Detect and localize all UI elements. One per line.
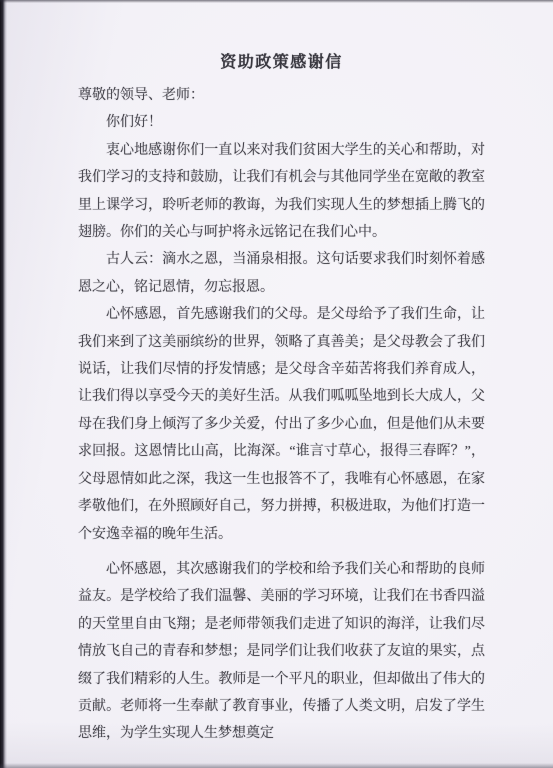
paragraph: 衷心地感谢你们一直以来对我们贫困大学生的关心和帮助，对我们学习的支持和鼓励，让我… <box>78 137 485 247</box>
scan-edge-left <box>0 0 7 768</box>
salutation: 尊敬的领导、老师： <box>78 82 485 109</box>
paragraph: 心怀感恩，首先感谢我们的父母。是父母给予了我们生命，让我们来到了这美丽缤纷的世界… <box>78 301 485 548</box>
page-title: 资助政策感谢信 <box>78 52 485 74</box>
letter-body: 衷心地感谢你们一直以来对我们贫困大学生的关心和帮助，对我们学习的支持和鼓励，让我… <box>78 137 485 748</box>
paragraph: 古人云：滴水之恩，当涌泉相报。这句话要求我们时刻怀着感恩之心，铭记恩情，勿忘报恩… <box>78 246 485 301</box>
scan-edge-top <box>0 0 553 3</box>
letter-content: 资助政策感谢信 尊敬的领导、老师： 你们好！ 衷心地感谢你们一直以来对我们贫困大… <box>78 52 485 748</box>
scanned-letter-page: 资助政策感谢信 尊敬的领导、老师： 你们好！ 衷心地感谢你们一直以来对我们贫困大… <box>0 0 553 768</box>
greeting: 你们好！ <box>78 109 485 136</box>
paragraph: 心怀感恩，其次感谢我们的学校和给予我们关心和帮助的良师益友。是学校给了我们温馨、… <box>78 556 485 748</box>
scan-edge-bottom <box>0 763 553 768</box>
